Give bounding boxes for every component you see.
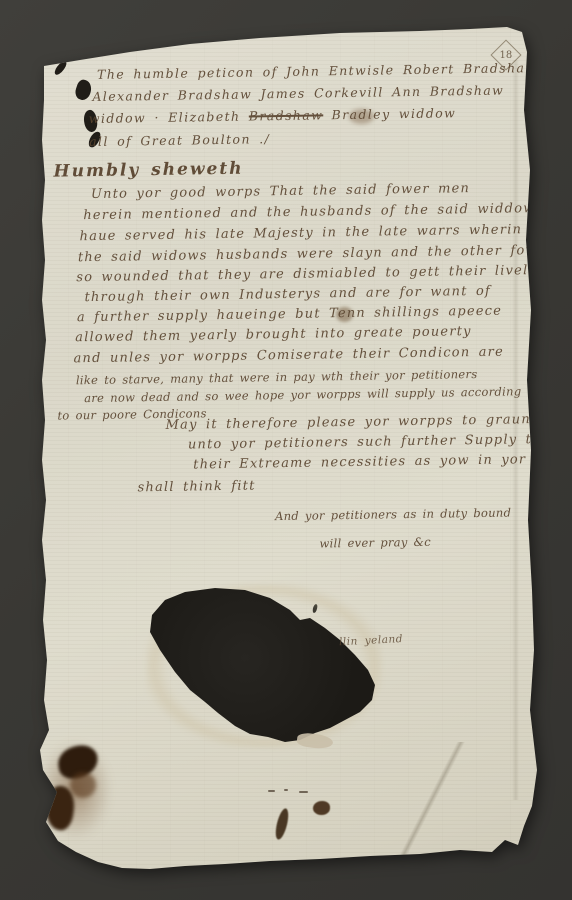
manuscript-page-wrap: 18 The humble peticon of John Entwisle R… [0, 0, 572, 900]
paper-edge-shading [0, 0, 572, 900]
photo-background: 18 The humble peticon of John Entwisle R… [0, 0, 572, 900]
manuscript-page: 18 The humble peticon of John Entwisle R… [0, 0, 572, 900]
